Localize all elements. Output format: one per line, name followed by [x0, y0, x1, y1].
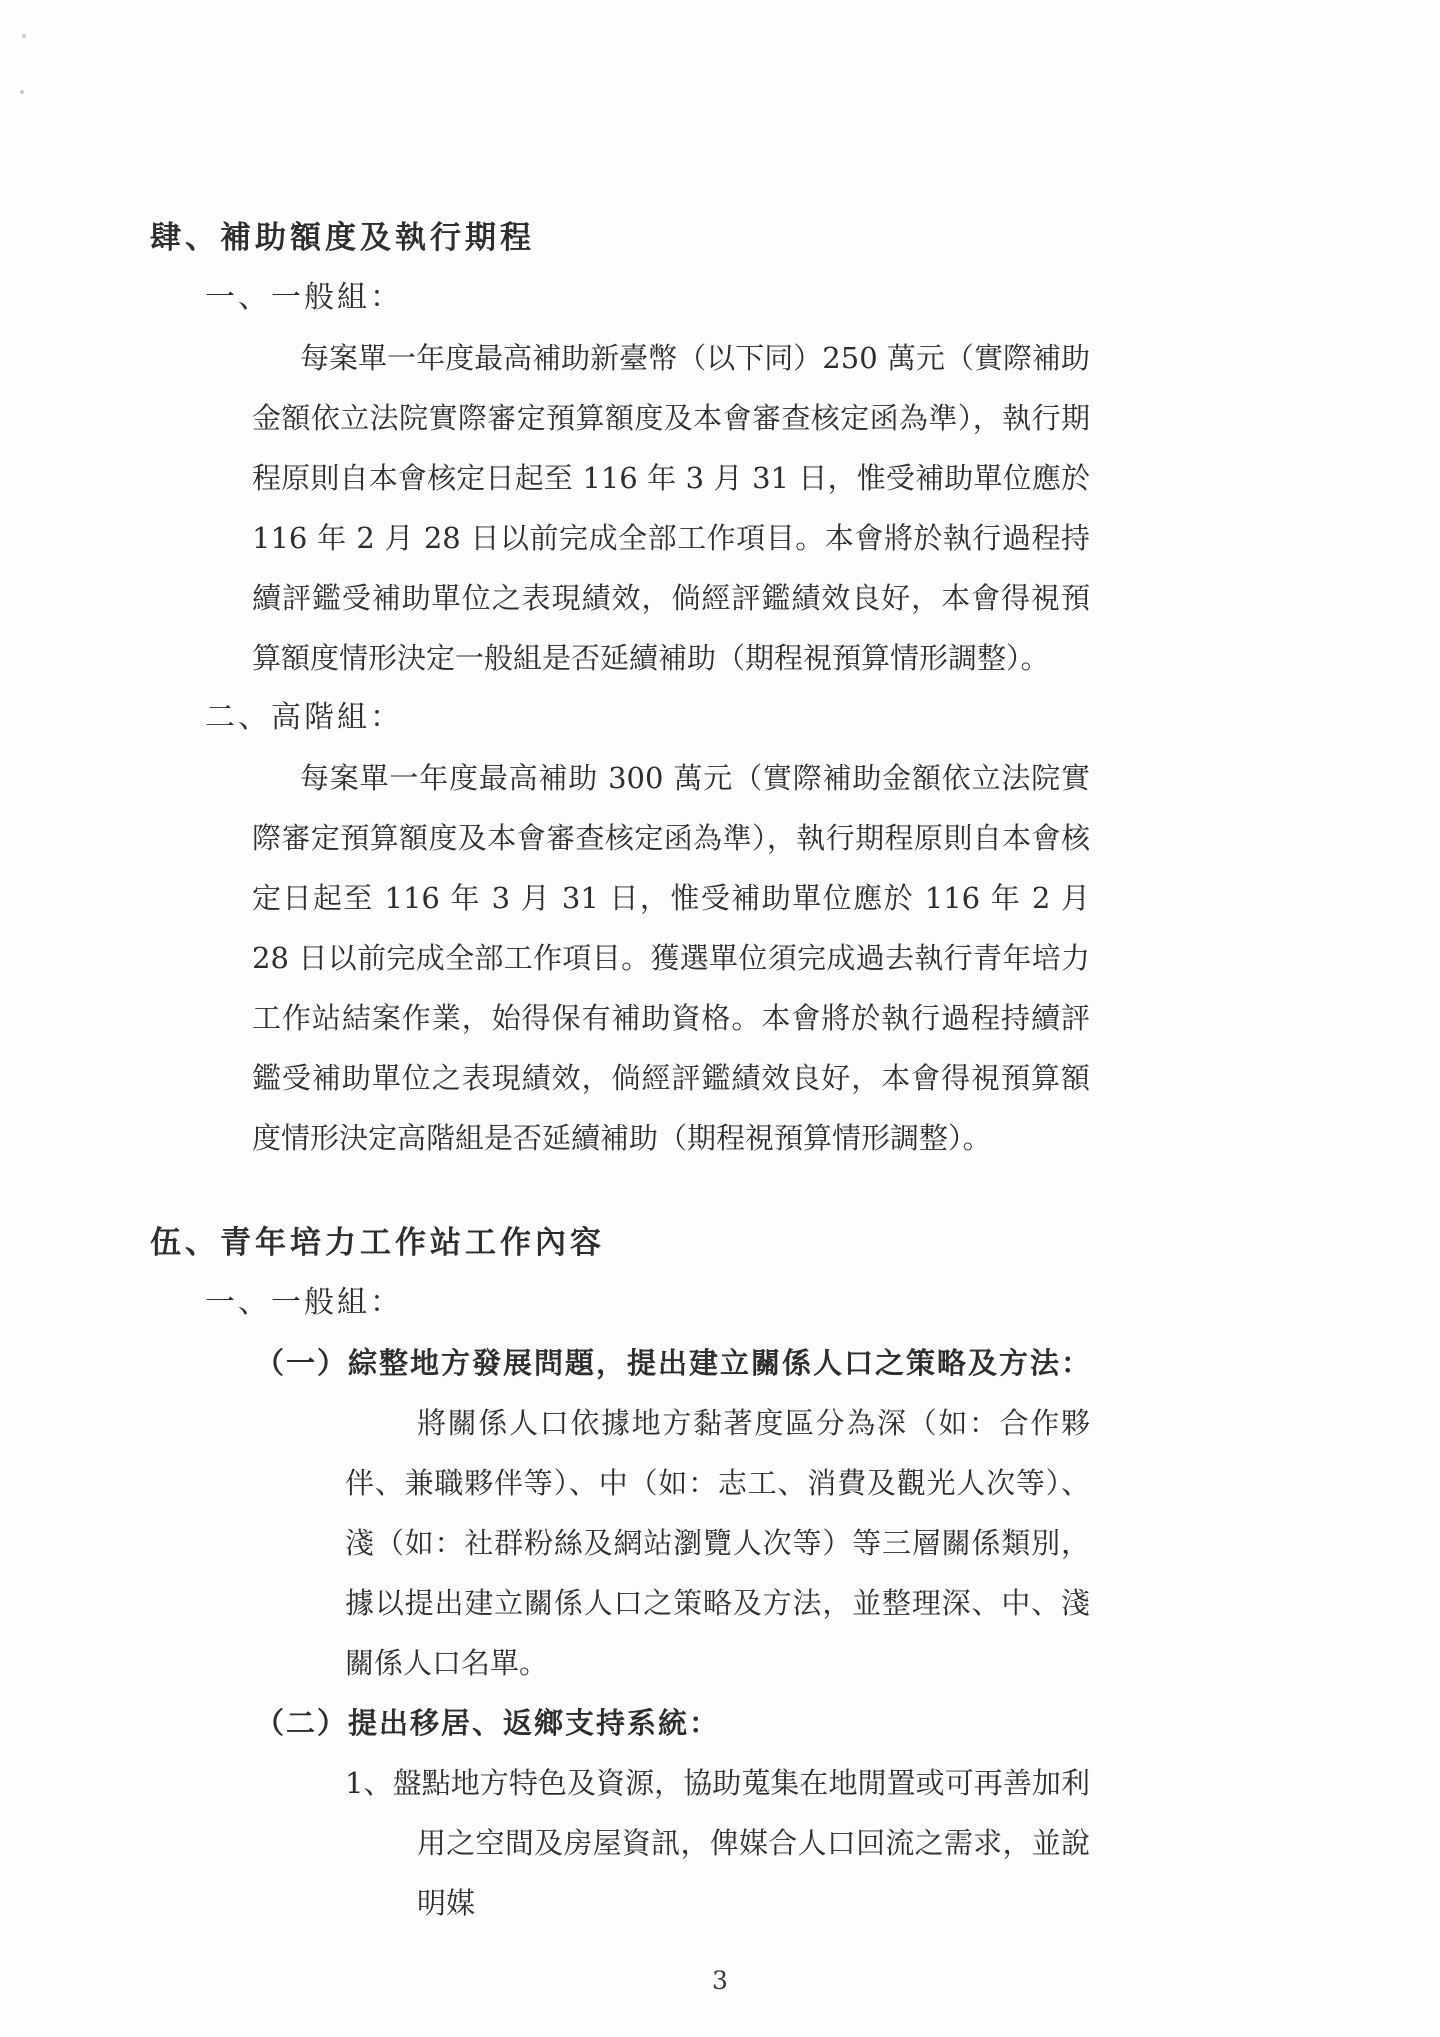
- document-content: 肆、補助額度及執行期程 一、一般組： 每案單一年度最高補助新臺幣（以下同）250…: [0, 0, 1440, 2011]
- scan-speck: [20, 90, 24, 94]
- subitem-label: （一）: [255, 1346, 348, 1380]
- list-item-label-general-group: 一、一般組：: [205, 1273, 1440, 1333]
- section-heading: 伍、青年培力工作站工作內容: [150, 1213, 1440, 1273]
- numbered-item-text: 盤點地方特色及資源，協助蒐集在地閒置或可再善加利用之空間及房屋資訊，俾媒合人口回…: [393, 1766, 1090, 1920]
- numbered-item-1: 1、盤點地方特色及資源，協助蒐集在地閒置或可再善加利用之空間及房屋資訊，俾媒合人…: [345, 1753, 1090, 1933]
- subitem-label: （二）: [255, 1706, 348, 1740]
- paragraph-general-group: 每案單一年度最高補助新臺幣（以下同）250 萬元（實際補助金額依立法院實際審定預…: [252, 328, 1090, 688]
- list-item-label-general-group: 一、一般組：: [205, 268, 1440, 328]
- page-number: 3: [0, 1951, 1440, 2011]
- subitem-heading-2: （二）提出移居、返鄉支持系統：: [255, 1693, 1440, 1753]
- document-page: 肆、補助額度及執行期程 一、一般組： 每案單一年度最高補助新臺幣（以下同）250…: [0, 0, 1440, 2037]
- numbered-item-number: 1、: [345, 1766, 393, 1800]
- subitem-heading-1: （一）綜整地方發展問題，提出建立關係人口之策略及方法：: [255, 1333, 1440, 1393]
- subitem-title: 綜整地方發展問題，提出建立關係人口之策略及方法：: [348, 1346, 1092, 1380]
- subitem-title: 提出移居、返鄉支持系統：: [348, 1706, 720, 1740]
- section-heading: 肆、補助額度及執行期程: [150, 208, 1440, 268]
- list-item-label-advanced-group: 二、高階組：: [205, 688, 1440, 748]
- paragraph-advanced-group: 每案單一年度最高補助 300 萬元（實際補助金額依立法院實際審定預算額度及本會審…: [252, 748, 1090, 1168]
- section-workstation-content: 伍、青年培力工作站工作內容 一、一般組： （一）綜整地方發展問題，提出建立關係人…: [0, 1213, 1440, 1933]
- scan-speck: [22, 34, 26, 38]
- paragraph-relationship-population: 將關係人口依據地方黏著度區分為深（如：合作夥伴、兼職夥伴等）、中（如：志工、消費…: [345, 1393, 1090, 1693]
- section-subsidy-amount: 肆、補助額度及執行期程 一、一般組： 每案單一年度最高補助新臺幣（以下同）250…: [0, 208, 1440, 1168]
